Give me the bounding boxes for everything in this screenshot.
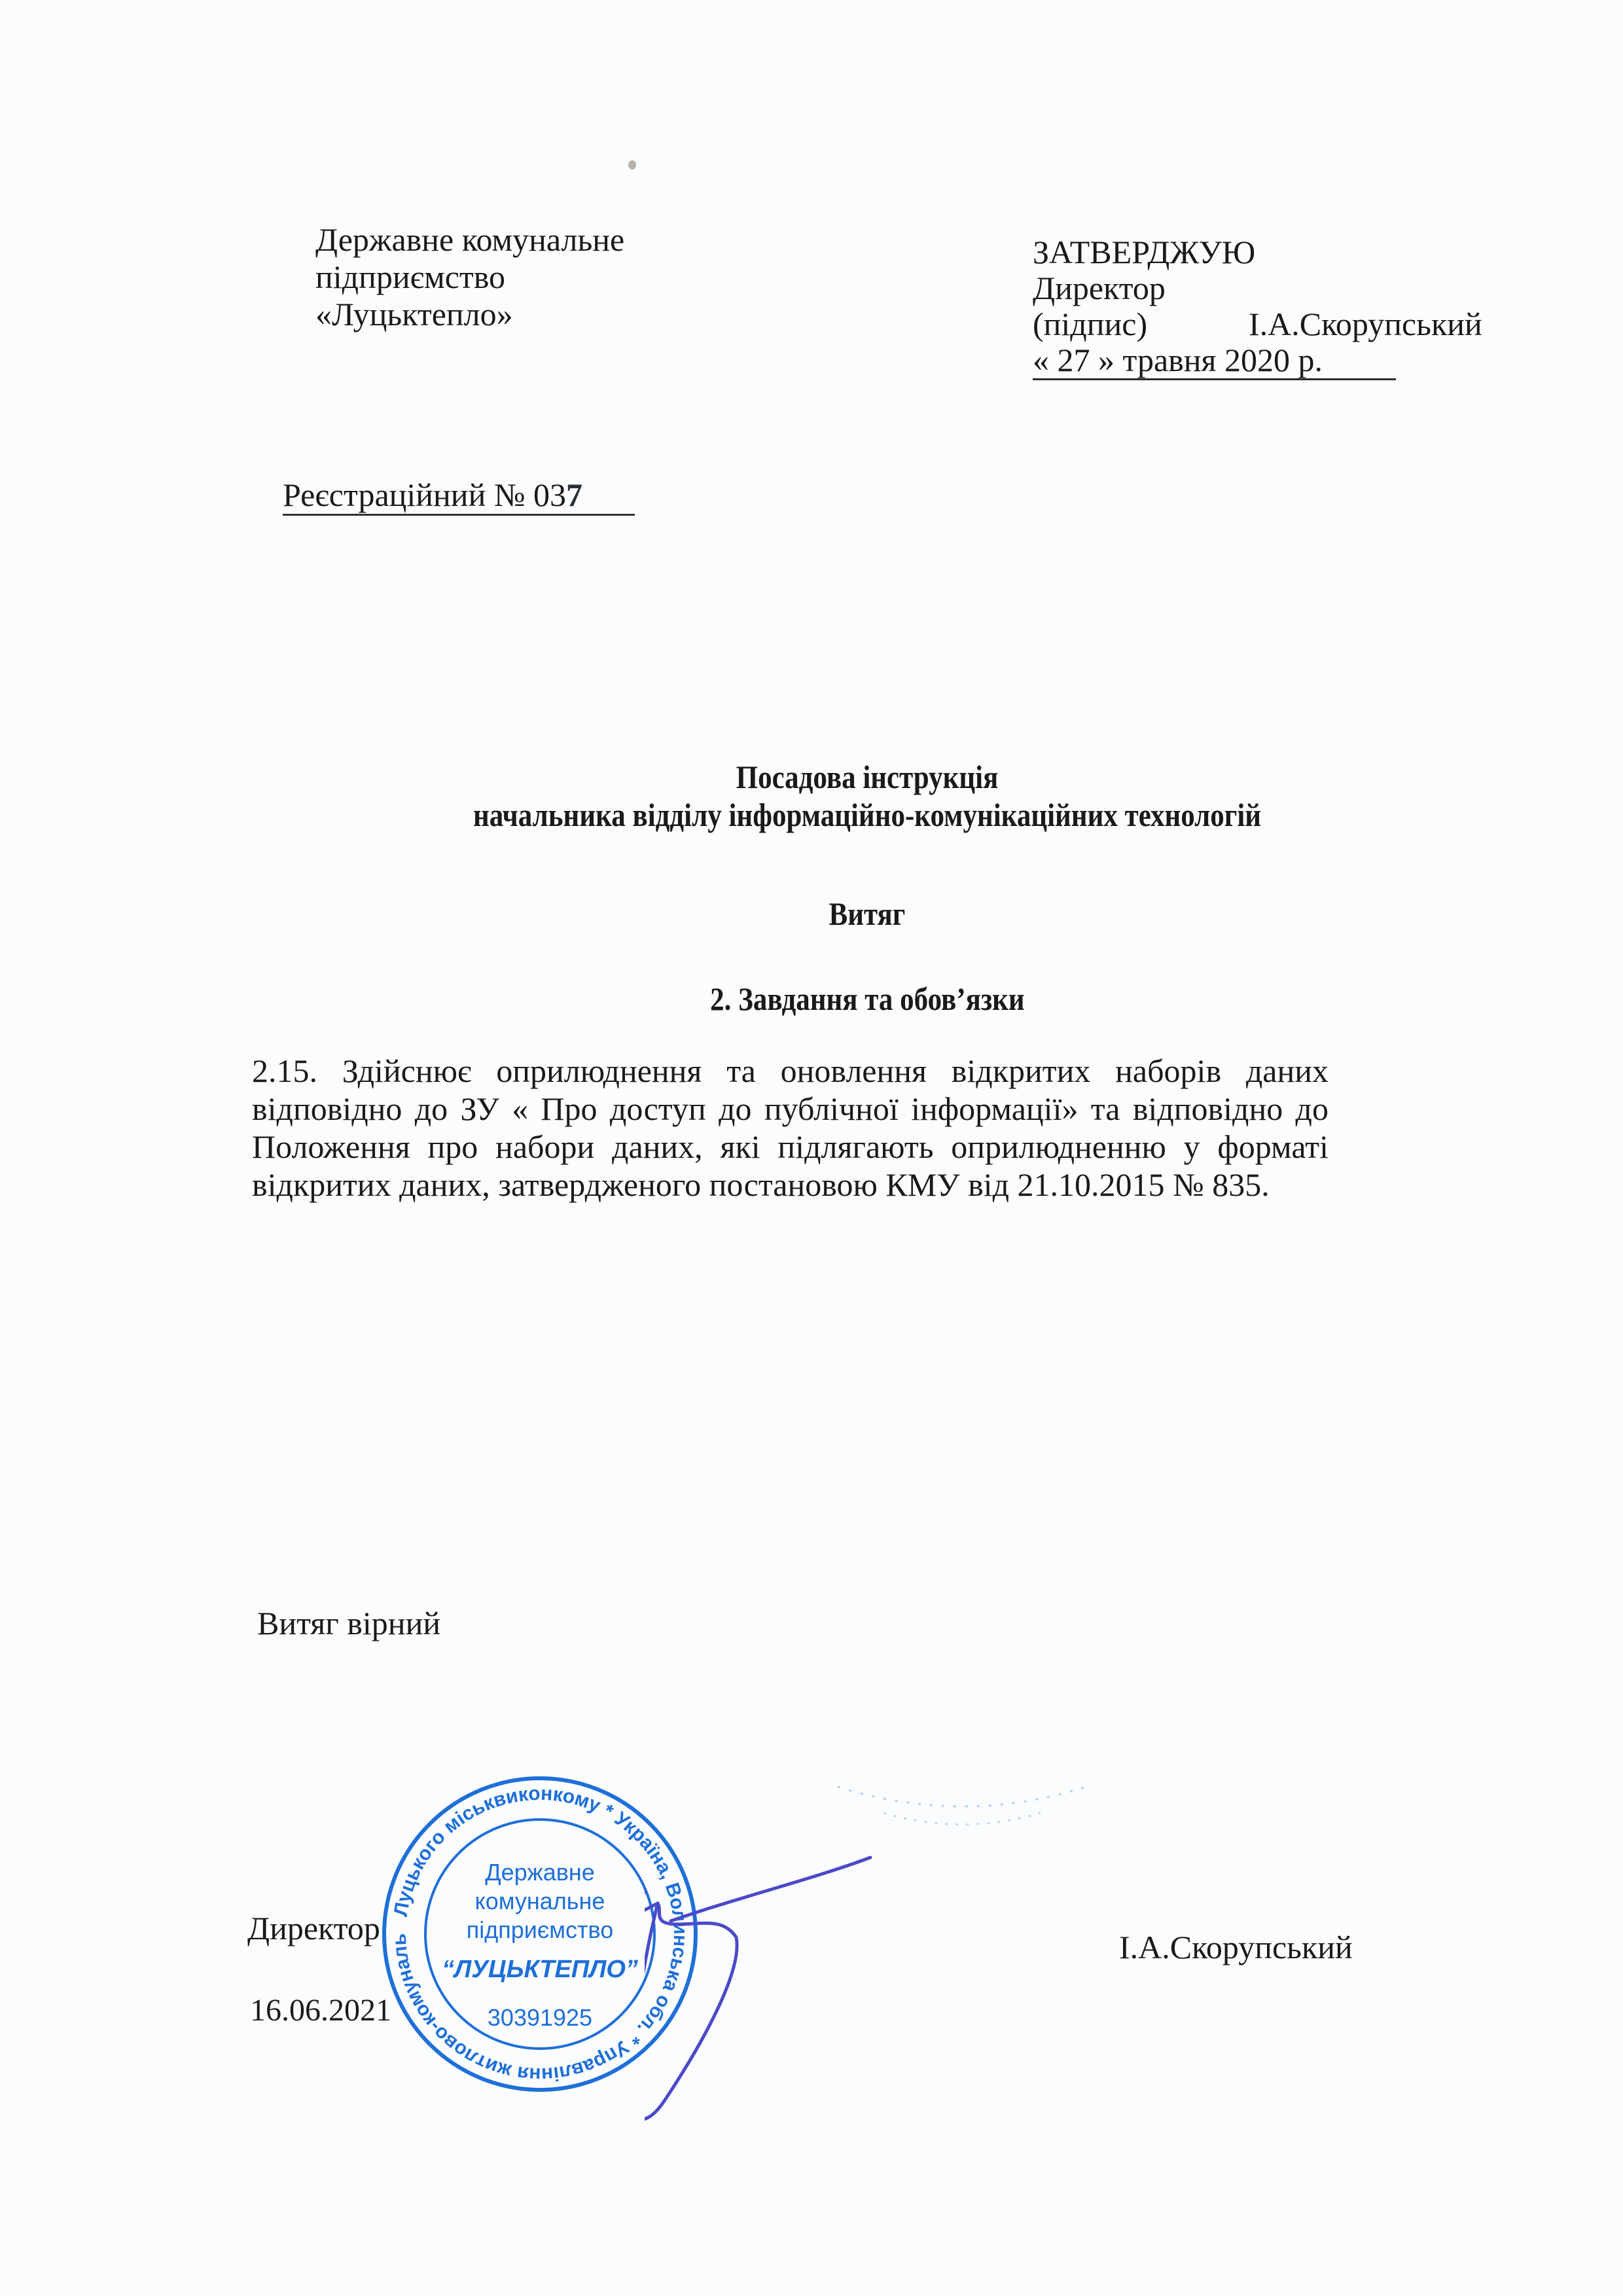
approval-signatory: І.А.Скорупський [1249,306,1482,342]
approval-block: ЗАТВЕРДЖУЮ Директор (підпис) І.А.Скорупс… [1033,234,1482,380]
footer-date: 16.06.2021 [250,1992,391,2028]
svg-text:комунальне: комунальне [475,1888,605,1914]
org-line-2: підприємство [315,259,624,296]
approval-signature-row: (підпис) І.А.Скорупський [1033,306,1482,342]
svg-text:“ЛУЦЬКТЕПЛО”: “ЛУЦЬКТЕПЛО” [442,1956,638,1983]
document-subtitle: начальника відділу інформаційно-комуніка… [0,796,1623,834]
approval-label: ЗАТВЕРДЖУЮ [1033,234,1482,270]
svg-text:підприємство: підприємство [467,1916,613,1943]
registration-handwritten-digit: 7 [566,476,582,513]
faded-stamp-icon [825,1780,1099,1833]
handwritten-signature [645,1852,1070,2127]
section-paragraph: 2.15. Здійснює оприлюднення та оновлення… [252,1052,1329,1204]
signature-scribble-icon [645,1852,1070,2127]
certified-label: Витяг вірний [257,1605,440,1642]
registration-number: Реєстраційний № 037 [283,476,635,516]
svg-text:30391925: 30391925 [488,2004,592,2031]
registration-label: Реєстраційний № 03 [283,476,566,513]
signature-caption: (підпис) [1033,306,1249,342]
svg-text:Державне: Державне [485,1859,595,1886]
organization-header: Державне комунальне підприємство «Луцькт… [315,221,624,333]
document-title: Посадова інструкція [0,758,1623,796]
approval-date: « 27 » травня 2020 р. [1033,342,1396,380]
footer-signatory: І.А.Скорупський [1119,1929,1353,1966]
org-line-1: Державне комунальне [315,221,624,259]
approval-position: Директор [1033,270,1482,306]
extract-label: Витяг [0,895,1623,933]
org-line-3: «Луцьктепло» [315,296,624,333]
section-heading: 2. Завдання та обов’язки [0,980,1623,1018]
faded-stamp-impression [825,1780,1099,1833]
footer-position: Директор [247,1910,380,1947]
scan-speck [628,160,636,170]
